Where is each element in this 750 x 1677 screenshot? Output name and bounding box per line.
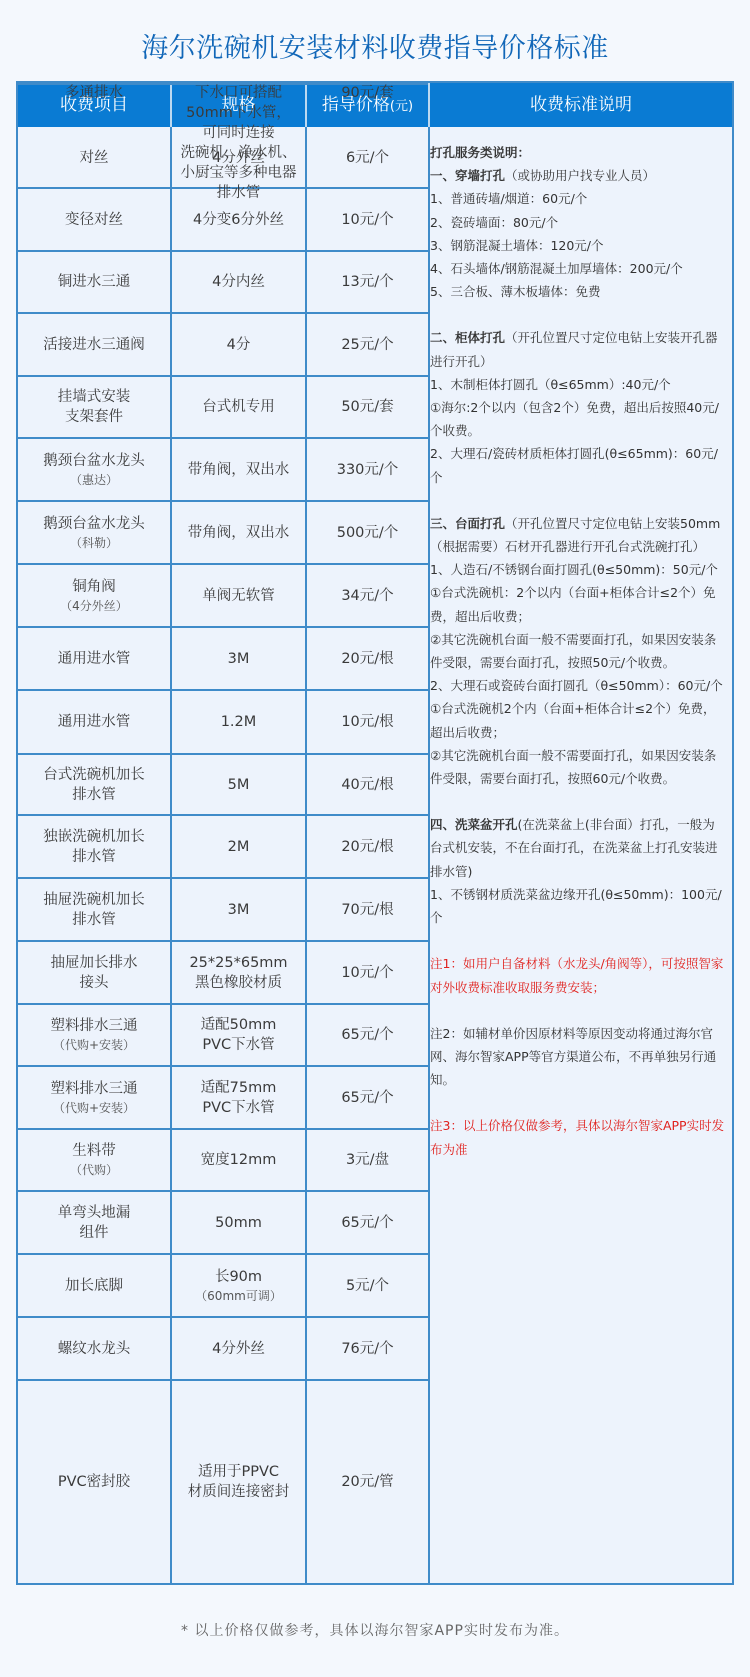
price-value: 40元/根 bbox=[341, 775, 393, 795]
cell-price: 20元/根 bbox=[307, 627, 428, 690]
cell-item: 铜进水三通 bbox=[18, 251, 170, 313]
cell-price: 65元/个 bbox=[307, 1066, 428, 1129]
cell-price: 10元/个 bbox=[307, 188, 428, 251]
item-name: 台式洗碗机加长 bbox=[43, 765, 145, 785]
price-value: 20元/根 bbox=[341, 649, 393, 669]
desc-line: 3、钢筋混凝土墙体：120元/个 bbox=[430, 234, 726, 257]
cell-spec: 4分内丝 bbox=[172, 251, 305, 313]
cell-item: 塑料排水三通（代购+安装） bbox=[18, 1004, 170, 1066]
price-value: 6元/个 bbox=[346, 148, 389, 168]
cell-spec: 带角阀，双出水 bbox=[172, 438, 305, 501]
item-note: （科勒） bbox=[70, 534, 118, 552]
item-note: （代购+安装） bbox=[53, 1036, 135, 1054]
desc-line: 1、人造石/不锈钢台面打圆孔(θ≤50mm)：50元/个 bbox=[430, 558, 726, 581]
item-name: PVC密封胶 bbox=[58, 1472, 130, 1492]
spec-line: 洗碗机、净水机、 bbox=[181, 143, 297, 163]
spec-line: 50mm下水管， bbox=[186, 103, 291, 123]
cell-item: 塑料排水三通（代购+安装） bbox=[18, 1066, 170, 1129]
cell-price: 6元/个 bbox=[307, 127, 428, 188]
spec-value: 4分 bbox=[227, 335, 251, 355]
item-name: 通用进水管 bbox=[58, 649, 131, 669]
item-name: 单弯头地漏 bbox=[58, 1203, 131, 1223]
item-note: （代购） bbox=[70, 1161, 118, 1179]
spec-line: 小厨宝等多种电器 bbox=[181, 163, 297, 183]
spec-value: 25*25*65mm bbox=[189, 953, 287, 973]
price-value: 13元/个 bbox=[341, 272, 393, 292]
price-value: 5元/个 bbox=[346, 1276, 389, 1296]
cell-price: 5元/个 bbox=[307, 1254, 428, 1317]
spec-value: 4分变6分外丝 bbox=[193, 210, 284, 230]
cell-spec: 5M bbox=[172, 754, 305, 815]
cell-spec: 适用于PPVC材质间连接密封 bbox=[172, 1380, 305, 1583]
cell-price: 34元/个 bbox=[307, 564, 428, 627]
cell-item: 鹅颈台盆水龙头（惠达） bbox=[18, 438, 170, 501]
item-name-line2: 排水管 bbox=[72, 785, 116, 805]
item-note: （代购+安装） bbox=[53, 1099, 135, 1117]
cell-spec: 3M bbox=[172, 627, 305, 690]
spec-line2: PVC下水管 bbox=[202, 1098, 274, 1118]
cell-item: 单弯头地漏组件 bbox=[18, 1191, 170, 1254]
spec-value: 宽度12mm bbox=[201, 1150, 277, 1170]
item-name-line2: 支架套件 bbox=[65, 407, 123, 427]
cell-price: 70元/根 bbox=[307, 878, 428, 941]
cell-price: 50元/套 bbox=[307, 376, 428, 438]
desc-section-2: 二、柜体打孔（开孔位置尺寸定位电钻上安装开孔器进行开孔） bbox=[430, 326, 726, 372]
cell-item: 对丝 bbox=[18, 127, 170, 188]
item-name: 活接进水三通阀 bbox=[43, 335, 145, 355]
item-name: 鹅颈台盆水龙头 bbox=[43, 514, 145, 534]
spec-value: 适配50mm bbox=[201, 1015, 277, 1035]
desc-heading: 打孔服务类说明： bbox=[430, 141, 726, 164]
price-value: 20元/根 bbox=[341, 837, 393, 857]
cell-spec: 2M bbox=[172, 815, 305, 878]
cell-spec: 4分 bbox=[172, 313, 305, 376]
cell-item: 通用进水管 bbox=[18, 690, 170, 754]
cell-price: 25元/个 bbox=[307, 313, 428, 376]
spec-note: （60mm可调） bbox=[195, 1287, 282, 1305]
cell-item: 鹅颈台盆水龙头（科勒） bbox=[18, 501, 170, 564]
item-name: 对丝 bbox=[80, 148, 109, 168]
item-name: 抽屉加长排水 bbox=[51, 953, 138, 973]
spec-value: 1.2M bbox=[221, 712, 257, 732]
cell-item: 多通排水 bbox=[18, 83, 170, 103]
item-name-line2: 排水管 bbox=[72, 847, 116, 867]
cell-price: 65元/个 bbox=[307, 1004, 428, 1066]
footer-disclaimer: * 以上价格仅做参考，具体以海尔智家APP实时发布为准。 bbox=[0, 1620, 750, 1640]
price-value: 10元/个 bbox=[341, 210, 393, 230]
cell-spec: 长90m（60mm可调） bbox=[172, 1254, 305, 1317]
cell-price: 20元/根 bbox=[307, 815, 428, 878]
desc-section-1: 一、穿墙打孔（或协助用户找专业人员） bbox=[430, 164, 726, 187]
cell-item: 抽屉加长排水接头 bbox=[18, 941, 170, 1004]
header-divider bbox=[428, 83, 430, 127]
cell-item: 铜角阀（4分外丝） bbox=[18, 564, 170, 627]
spec-line: 下水口可搭配 bbox=[195, 83, 282, 103]
note-1: 注1：如用户自备材料（水龙头/角阀等），可按照智家对外收费标准收取服务费安装； bbox=[430, 952, 726, 998]
desc-line: 1、普通砖墙/烟道：60元/个 bbox=[430, 187, 726, 210]
spec-value: 2M bbox=[228, 837, 250, 857]
cell-spec: 3M bbox=[172, 878, 305, 941]
price-value: 500元/个 bbox=[337, 523, 399, 543]
item-name: 螺纹水龙头 bbox=[58, 1339, 131, 1359]
cell-item: 螺纹水龙头 bbox=[18, 1317, 170, 1380]
cell-spec: 25*25*65mm黑色橡胶材质 bbox=[172, 941, 305, 1004]
spec-line: 排水管 bbox=[217, 183, 261, 203]
cell-spec: 1.2M bbox=[172, 690, 305, 754]
spec-value: 台式机专用 bbox=[202, 397, 275, 417]
price-value: 330元/个 bbox=[337, 460, 399, 480]
fee-description: 打孔服务类说明： 一、穿墙打孔（或协助用户找专业人员） 1、普通砖墙/烟道：60… bbox=[430, 129, 726, 1161]
page-title: 海尔洗碗机安装材料收费指导价格标准 bbox=[0, 26, 750, 65]
item-note: （惠达） bbox=[70, 471, 118, 489]
price-value: 50元/套 bbox=[341, 397, 393, 417]
item-name: 独嵌洗碗机加长 bbox=[43, 827, 145, 847]
cell-spec: 适配50mmPVC下水管 bbox=[172, 1004, 305, 1066]
spec-line2: 材质间连接密封 bbox=[188, 1482, 290, 1502]
cell-item: 生料带（代购） bbox=[18, 1129, 170, 1191]
cell-spec: 50mm bbox=[172, 1191, 305, 1254]
spec-value: 3M bbox=[228, 900, 250, 920]
cell-spec: 4分外丝 bbox=[172, 1317, 305, 1380]
desc-line: ①台式洗碗机2个内（台面+柜体合计≤2个）免费，超出后收费； bbox=[430, 697, 726, 743]
price-table: 收费项目 规格 指导价格(元) 收费标准说明 对丝4分外丝6元/个变径对丝4分变… bbox=[16, 81, 734, 1585]
price-value: 10元/根 bbox=[341, 712, 393, 732]
desc-line: ②其它洗碗机台面一般不需要面打孔，如果因安装条件受限，需要台面打孔，按照50元/… bbox=[430, 628, 726, 674]
spec-value: 50mm bbox=[215, 1213, 262, 1233]
cell-item: 抽屉洗碗机加长排水管 bbox=[18, 878, 170, 941]
desc-line: 4、石头墙体/钢筋混凝土加厚墙体：200元/个 bbox=[430, 257, 726, 280]
note-2: 注2：如辅材单价因原材料等原因变动将通过海尔官网、海尔智家APP等官方渠道公布，… bbox=[430, 1022, 726, 1092]
desc-section-3: 三、台面打孔（开孔位置尺寸定位电钻上安装50mm（根据需要）石材开孔器进行开孔台… bbox=[430, 512, 726, 558]
header-desc: 收费标准说明 bbox=[430, 83, 732, 127]
spec-value: 4分外丝 bbox=[212, 1339, 265, 1359]
cell-price: 76元/个 bbox=[307, 1317, 428, 1380]
cell-spec: 带角阀，双出水 bbox=[172, 501, 305, 564]
spec-line2: PVC下水管 bbox=[202, 1035, 274, 1055]
price-value: 25元/个 bbox=[341, 335, 393, 355]
cell-price: 40元/根 bbox=[307, 754, 428, 815]
desc-line: 2、瓷砖墙面：80元/个 bbox=[430, 211, 726, 234]
cell-spec: 宽度12mm bbox=[172, 1129, 305, 1191]
cell-spec: 下水口可搭配50mm下水管，可同时连接洗碗机、净水机、小厨宝等多种电器排水管 bbox=[172, 83, 305, 203]
spec-value: 5M bbox=[228, 775, 250, 795]
item-name-line2: 排水管 bbox=[72, 910, 116, 930]
cell-spec: 适配75mmPVC下水管 bbox=[172, 1066, 305, 1129]
cell-item: 挂墙式安装支架套件 bbox=[18, 376, 170, 438]
cell-item: 台式洗碗机加长排水管 bbox=[18, 754, 170, 815]
spec-line: 可同时连接 bbox=[202, 123, 275, 143]
cell-price: 10元/根 bbox=[307, 690, 428, 754]
cell-item: 通用进水管 bbox=[18, 627, 170, 690]
cell-price: 500元/个 bbox=[307, 501, 428, 564]
price-value: 70元/根 bbox=[341, 900, 393, 920]
spec-value: 带角阀，双出水 bbox=[188, 460, 290, 480]
spec-value: 单阀无软管 bbox=[202, 586, 275, 606]
cell-item: 变径对丝 bbox=[18, 188, 170, 251]
spec-value: 适用于PPVC bbox=[198, 1462, 279, 1482]
desc-line: 2、大理石或瓷砖台面打圆孔（θ≤50mm）：60元/个 bbox=[430, 674, 726, 697]
item-name: 挂墙式安装 bbox=[58, 387, 131, 407]
cell-item: 活接进水三通阀 bbox=[18, 313, 170, 376]
item-name: 抽屉洗碗机加长 bbox=[43, 890, 145, 910]
price-value: 34元/个 bbox=[341, 586, 393, 606]
desc-line: ①台式洗碗机：2个以内（台面+柜体合计≤2个）免费，超出后收费； bbox=[430, 581, 726, 627]
cell-spec: 台式机专用 bbox=[172, 376, 305, 438]
item-name-line2: 组件 bbox=[80, 1223, 109, 1243]
price-value: 76元/个 bbox=[341, 1339, 393, 1359]
desc-line: 1、不锈钢材质洗菜盆边缘开孔(θ≤50mm)：100元/个 bbox=[430, 883, 726, 929]
item-name: 铜角阀 bbox=[72, 577, 116, 597]
item-name: 塑料排水三通 bbox=[51, 1079, 138, 1099]
item-name: 加长底脚 bbox=[65, 1276, 123, 1296]
cell-price: 65元/个 bbox=[307, 1191, 428, 1254]
price-value: 20元/管 bbox=[341, 1472, 393, 1492]
item-name-line2: 接头 bbox=[80, 973, 109, 993]
spec-value: 适配75mm bbox=[201, 1078, 277, 1098]
cell-price: 10元/个 bbox=[307, 941, 428, 1004]
item-note: （4分外丝） bbox=[60, 597, 128, 615]
price-value: 65元/个 bbox=[341, 1088, 393, 1108]
cell-price: 20元/管 bbox=[307, 1380, 428, 1583]
cell-price: 3元/盘 bbox=[307, 1129, 428, 1191]
desc-line: 1、木制柜体打圆孔（θ≤65mm）:40元/个 bbox=[430, 373, 726, 396]
cell-spec: 单阀无软管 bbox=[172, 564, 305, 627]
item-name: 多通排水 bbox=[65, 83, 123, 103]
spec-value: 带角阀，双出水 bbox=[188, 523, 290, 543]
item-name: 塑料排水三通 bbox=[51, 1016, 138, 1036]
item-name: 通用进水管 bbox=[58, 712, 131, 732]
note-3: 注3：以上价格仅做参考，具体以海尔智家APP实时发布为准 bbox=[430, 1114, 726, 1160]
item-name: 鹅颈台盆水龙头 bbox=[43, 451, 145, 471]
price-value: 3元/盘 bbox=[346, 1150, 389, 1170]
cell-price: 13元/个 bbox=[307, 251, 428, 313]
desc-line: ①海尔:2个以内（包含2个）免费，超出后按照40元/个收费。 bbox=[430, 396, 726, 442]
cell-price: 330元/个 bbox=[307, 438, 428, 501]
item-name: 铜进水三通 bbox=[58, 272, 131, 292]
price-value: 10元/个 bbox=[341, 963, 393, 983]
cell-item: PVC密封胶 bbox=[18, 1380, 170, 1583]
price-value: 65元/个 bbox=[341, 1025, 393, 1045]
cell-price: 90元/套 bbox=[307, 83, 428, 103]
price-value: 65元/个 bbox=[341, 1213, 393, 1233]
desc-line: 5、三合板、薄木板墙体：免费 bbox=[430, 280, 726, 303]
desc-section-4: 四、洗菜盆开孔(在洗菜盆上(非台面）打孔，一般为台式机安装，不在台面打孔，在洗菜… bbox=[430, 813, 726, 883]
item-name: 变径对丝 bbox=[65, 210, 123, 230]
desc-line: ②其它洗碗机台面一般不需要面打孔，如果因安装条件受限，需要台面打孔，按照60元/… bbox=[430, 744, 726, 790]
cell-item: 加长底脚 bbox=[18, 1254, 170, 1317]
spec-value: 3M bbox=[228, 649, 250, 669]
item-name: 生料带 bbox=[72, 1141, 116, 1161]
spec-line2: 黑色橡胶材质 bbox=[195, 973, 282, 993]
spec-value: 4分内丝 bbox=[212, 272, 265, 292]
desc-line: 2、大理石/瓷砖材质柜体打圆孔(θ≤65mm)：60元/个 bbox=[430, 442, 726, 488]
price-value: 90元/套 bbox=[341, 83, 393, 103]
cell-item: 独嵌洗碗机加长排水管 bbox=[18, 815, 170, 878]
spec-value: 长90m bbox=[215, 1267, 262, 1287]
